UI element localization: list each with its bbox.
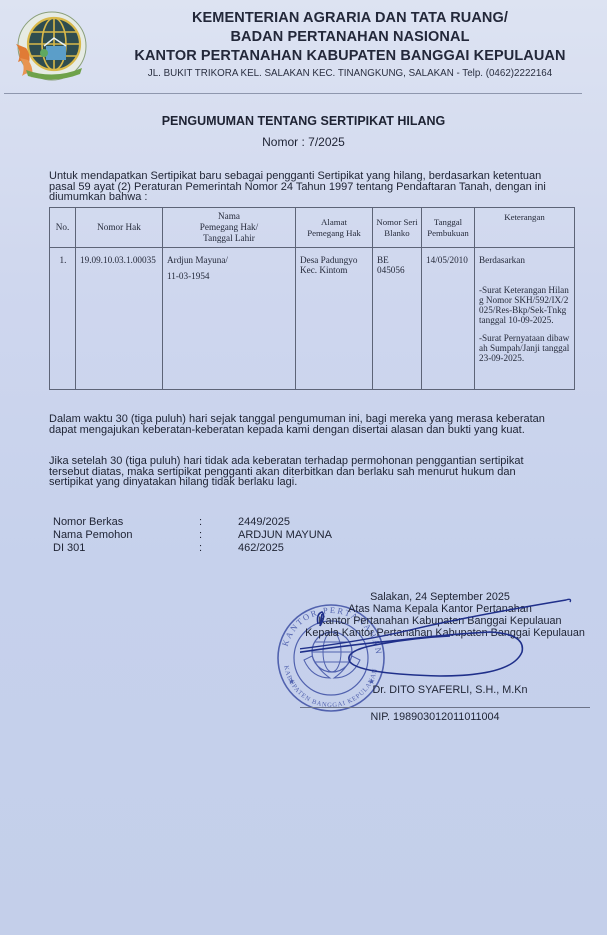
signature-office: Kantor Pertanahan Kabupaten Banggai Kepu…: [290, 615, 590, 627]
letterhead-ministry: KEMENTERIAN AGRARIA DAN TATA RUANG/: [100, 9, 600, 28]
col-header-tanggal: Tanggal Pembukuan: [422, 208, 475, 248]
letterhead-divider: [4, 93, 582, 94]
signature-on-behalf: Atas Nama Kepala Kantor Pertanahan: [290, 603, 590, 615]
objection-paragraph: Dalam waktu 30 (tiga puluh) hari sejak t…: [49, 414, 549, 435]
info-row-di301: DI 301 : 462/2025: [53, 542, 332, 555]
table-row: 1. 19.09.10.03.1.00035 Ardjun Mayuna/ 11…: [50, 248, 575, 390]
keterangan-surat-hilang: -Surat Keterangan Hilang Nomor SKH/592/I…: [479, 285, 571, 325]
keterangan-intro: Berdasarkan: [479, 255, 571, 265]
cell-nomor-hak: 19.09.10.03.1.00035: [76, 248, 163, 390]
info-row-nama-pemohon: Nama Pemohon : ARDJUN MAYUNA: [53, 529, 332, 542]
lost-certificate-table: No. Nomor Hak Nama Pemegang Hak/ Tanggal…: [49, 207, 575, 390]
cell-tanggal-lahir: 11-03-1954: [167, 271, 292, 281]
cell-no: 1.: [50, 248, 76, 390]
col-header-nama-l1: Nama: [218, 211, 240, 221]
issuance-paragraph: Jika setelah 30 (tiga puluh) hari tidak …: [49, 456, 549, 488]
signatory-nip: NIP. 198903012011011004: [290, 711, 580, 723]
intro-paragraph: Untuk mendapatkan Sertipikat baru sebaga…: [49, 171, 549, 203]
col-header-tgl-l2: Pembukuan: [427, 228, 469, 238]
info-label: Nama Pemohon: [53, 529, 199, 542]
signature-place-date: Salakan, 24 September 2025: [290, 591, 590, 603]
document-number: Nomor : 7/2025: [0, 135, 607, 149]
col-header-nomor-hak: Nomor Hak: [76, 208, 163, 248]
info-value: ARDJUN MAYUNA: [238, 529, 332, 542]
info-value: 462/2025: [238, 542, 284, 555]
cell-keterangan: Berdasarkan -Surat Keterangan Hilang Nom…: [475, 248, 575, 390]
col-header-seri-l1: Nomor Seri: [376, 217, 417, 227]
col-header-tgl-l1: Tanggal: [434, 217, 462, 227]
info-label: Nomor Berkas: [53, 516, 199, 529]
file-info: Nomor Berkas : 2449/2025 Nama Pemohon : …: [53, 516, 332, 555]
col-header-seri-l2: Blanko: [384, 228, 409, 238]
cell-alamat-l2: Kec. Kintom: [300, 265, 347, 275]
cell-alamat-l1: Desa Padungyo: [300, 255, 357, 265]
col-header-keterangan: Keterangan: [475, 208, 575, 248]
letterhead: KEMENTERIAN AGRARIA DAN TATA RUANG/ BADA…: [100, 9, 600, 81]
document-title: PENGUMUMAN TENTANG SERTIPIKAT HILANG: [0, 114, 607, 128]
info-value: 2449/2025: [238, 516, 290, 529]
col-header-nama: Nama Pemegang Hak/ Tanggal Lahir: [163, 208, 296, 248]
cell-nama: Ardjun Mayuna/ 11-03-1954: [163, 248, 296, 390]
info-label: DI 301: [53, 542, 199, 555]
letterhead-address: JL. BUKIT TRIKORA KEL. SALAKAN KEC. TINA…: [100, 67, 600, 81]
col-header-nama-l2: Pemegang Hak/: [200, 222, 258, 232]
col-header-nomor-seri: Nomor Seri Blanko: [373, 208, 422, 248]
col-header-no: No.: [50, 208, 76, 248]
signature-role: Kepala Kantor Pertanahan Kabupaten Bangg…: [300, 627, 590, 639]
col-header-alamat-l2: Pemegang Hak: [307, 228, 361, 238]
letterhead-office: KANTOR PERTANAHAN KABUPATEN BANGGAI KEPU…: [100, 47, 600, 66]
cell-nama-value: Ardjun Mayuna/: [167, 255, 228, 265]
col-header-nama-l3: Tanggal Lahir: [203, 233, 255, 243]
col-header-alamat-l1: Alamat: [321, 217, 347, 227]
table-header-row: No. Nomor Hak Nama Pemegang Hak/ Tanggal…: [50, 208, 575, 248]
document-page: KEMENTERIAN AGRARIA DAN TATA RUANG/ BADA…: [0, 0, 607, 935]
signatory-name: Dr. DITO SYAFERLI, S.H., M.Kn: [300, 684, 600, 696]
info-colon: :: [199, 516, 238, 529]
cell-nomor-seri: BE 045056: [373, 248, 422, 390]
cell-alamat: Desa Padungyo Kec. Kintom: [296, 248, 373, 390]
keterangan-surat-sumpah: -Surat Pernyataan dibawah Sumpah/Janji t…: [479, 333, 571, 363]
info-colon: :: [199, 529, 238, 542]
col-header-alamat: Alamat Pemegang Hak: [296, 208, 373, 248]
cell-tanggal-pembukuan: 14/05/2010: [422, 248, 475, 390]
info-row-nomor-berkas: Nomor Berkas : 2449/2025: [53, 516, 332, 529]
info-colon: :: [199, 542, 238, 555]
letterhead-agency: BADAN PERTANAHAN NASIONAL: [100, 28, 600, 47]
svg-text:★: ★: [288, 677, 295, 686]
signature-divider: [300, 707, 590, 708]
bpn-logo-icon: [8, 8, 90, 86]
